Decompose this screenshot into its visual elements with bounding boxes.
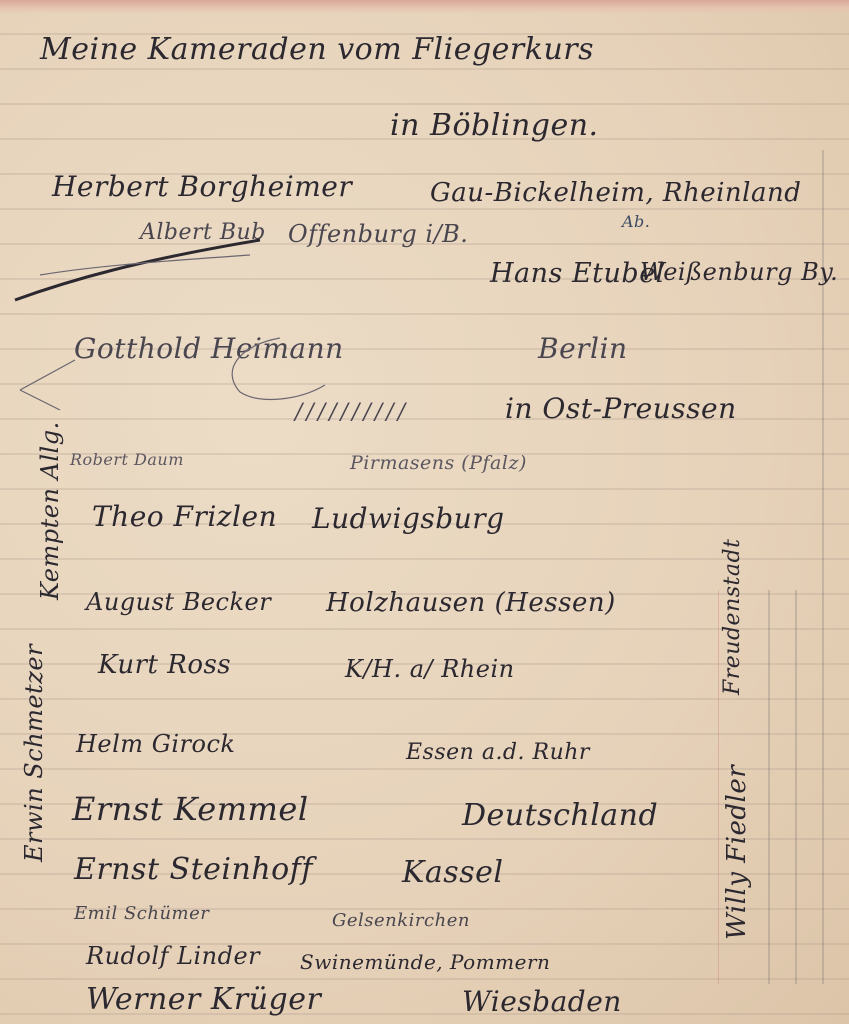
- entry-place: Gau-Bickelheim, Rheinland: [430, 178, 801, 208]
- entry-name: Hans Etubel: [490, 258, 665, 289]
- entry-place: Swinemünde, Pommern: [300, 950, 550, 974]
- entry-name: Albert Bub: [140, 220, 266, 245]
- blue-note: Ab.: [622, 212, 650, 231]
- entry-name: Emil Schümer: [74, 903, 209, 924]
- red-margin-line: [718, 590, 719, 984]
- entry-place: Kassel: [402, 855, 503, 890]
- entry-place: Deutschland: [462, 798, 658, 833]
- entry-name: August Becker: [86, 588, 271, 616]
- entry-place: K/H. a/ Rhein: [345, 655, 515, 683]
- entry-place: Weißenburg By.: [640, 258, 838, 286]
- entry-name: Rudolf Linder: [86, 942, 260, 970]
- entry-place: in Ost-Preussen: [505, 392, 737, 425]
- entry-name: Herbert Borgheimer: [52, 170, 352, 203]
- entry-name: Theo Frizlen: [92, 500, 277, 533]
- entry-name: Kurt Ross: [98, 650, 231, 680]
- entry-name: Helm Girock: [76, 730, 235, 758]
- header-line-1: Meine Kameraden vom Fliegerkurs: [40, 32, 594, 67]
- margin-left-lower: Erwin Schmetzer: [20, 644, 48, 862]
- entry-place: Ludwigsburg: [312, 502, 505, 535]
- entry-name: Gotthold Heimann: [74, 332, 344, 365]
- entry-place: Gelsenkirchen: [332, 910, 470, 931]
- entry-name: Werner Krüger: [86, 982, 321, 1017]
- entry-place: Wiesbaden: [462, 985, 622, 1018]
- entry-place: Holzhausen (Hessen): [326, 588, 616, 618]
- entry-name: Ernst Kemmel: [72, 790, 309, 828]
- margin-line: [795, 590, 797, 984]
- margin-right-upper: Freudenstadt: [720, 539, 745, 695]
- entry-name: Ernst Steinhoff: [74, 852, 313, 887]
- entry-place: Essen a.d. Ruhr: [406, 740, 590, 765]
- hatching-marks: //////////: [295, 400, 409, 425]
- margin-right-lower: Willy Fiedler: [722, 765, 752, 940]
- document-page: Meine Kameraden vom Fliegerkurs in Böbli…: [0, 0, 849, 1024]
- entry-place: Offenburg i/B.: [288, 220, 468, 248]
- margin-line: [768, 590, 770, 984]
- header-line-2: in Böblingen.: [390, 108, 599, 143]
- entry-place: Pirmasens (Pfalz): [350, 452, 527, 474]
- entry-place: Berlin: [538, 332, 627, 365]
- entry-name: Robert Daum: [70, 450, 184, 469]
- margin-left-upper: Kempten Allg.: [36, 421, 64, 600]
